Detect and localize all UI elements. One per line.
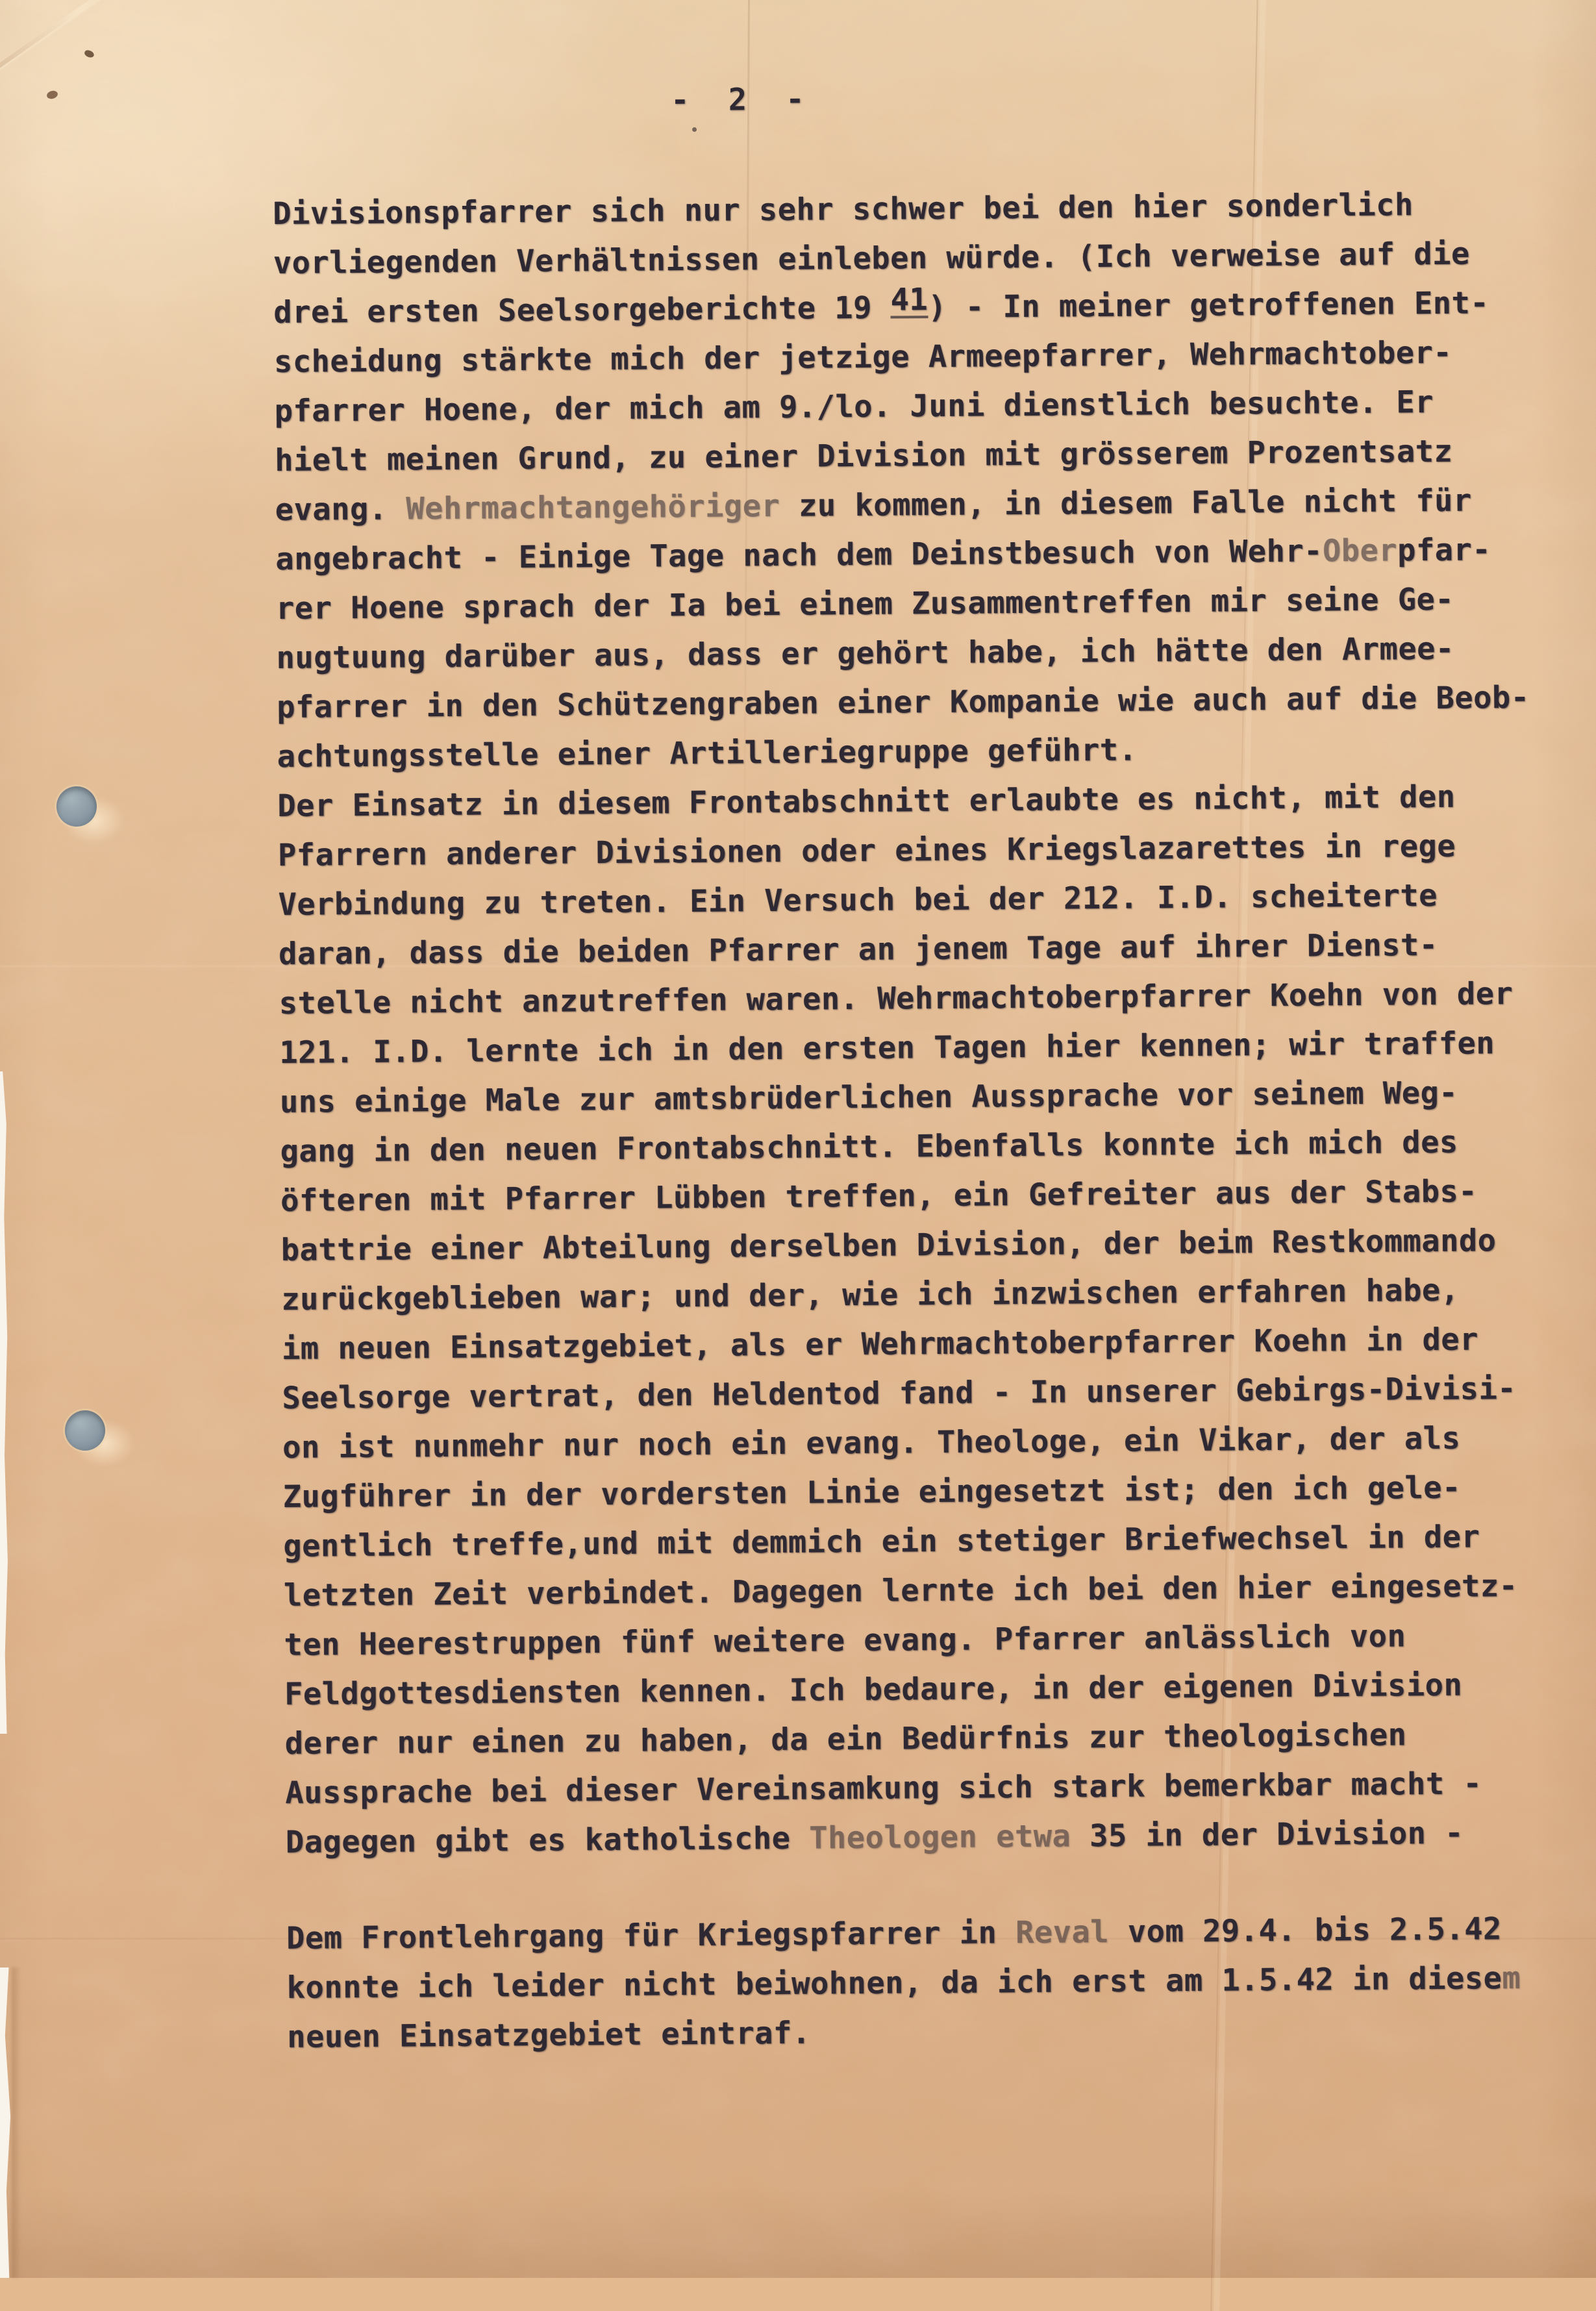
text-segment: uns einige Male zur amtsbrüderlichen Aus… <box>280 1075 1458 1120</box>
text-segment: zurückgeblieben war; und der, wie ich in… <box>281 1273 1460 1318</box>
text-segment: achtungsstelle einer Artilleriegruppe ge… <box>277 732 1138 775</box>
text-segment: 41 <box>890 284 928 318</box>
document-page: - 2 - Divisionspfarrer sich nur sehr sch… <box>0 0 1596 2278</box>
text-segment: vorliegenden Verhältnissen einleben würd… <box>273 236 1470 281</box>
page-number: - 2 - <box>639 81 847 119</box>
text-segment: on ist nunmehr nur noch ein evang. Theol… <box>282 1421 1461 1466</box>
text-line: konnte ich leider nicht beiwohnen, da ic… <box>286 1954 1521 2013</box>
text-segment: Seelsorge vertrat, den Heldentod fand - … <box>282 1371 1516 1416</box>
text-segment: 121. I.D. lernte ich in den ersten Tagen… <box>279 1025 1495 1071</box>
text-segment: Feldgottesdiensten kennen. Ich bedaure, … <box>284 1668 1463 1712</box>
text-segment: Ober <box>1323 532 1398 569</box>
paragraph-3: Dem Frontlehrgang für Kriegspfarrer in R… <box>286 1905 1521 2062</box>
text-segment: im neuen Einsatzgebiet, als er Wehrmacht… <box>282 1321 1478 1366</box>
text-segment: Reval <box>1016 1914 1109 1951</box>
text-segment: ) - In meiner getroffenen Ent- <box>928 285 1489 325</box>
text-segment: Dagegen gibt es katholische <box>286 1821 810 1860</box>
text-segment: öfteren mit Pfarrer Lübben treffen, ein … <box>281 1173 1477 1218</box>
text-segment: Verbindung zu treten. Ein Versuch bei de… <box>278 878 1438 923</box>
text-segment: rer Hoene sprach der Ia bei einem Zusamm… <box>276 582 1454 627</box>
text-segment: pfarrer Hoene, der mich am 9./lo. Juni d… <box>274 384 1434 429</box>
paragraph-2: Der Einsatz in diesem Frontabschnitt erl… <box>277 772 1520 1868</box>
text-segment: zu kommen, in diesem Falle nicht für <box>780 483 1472 524</box>
text-segment: konnte ich leider nicht beiwohnen, da ic… <box>286 1960 1502 2006</box>
text-segment: Divisionspfarrer sich nur sehr schwer be… <box>273 187 1414 232</box>
text-segment: battrie einer Abteilung derselben Divisi… <box>281 1223 1497 1268</box>
text-segment: pfarrer in den Schützengraben einer Komp… <box>277 680 1530 725</box>
paragraph-1: Divisionspfarrer sich nur sehr schwer be… <box>273 180 1530 782</box>
text-segment: Pfarrern anderer Divisionen oder eines K… <box>278 829 1456 873</box>
text-segment: stelle nicht anzutreffen waren. Wehrmach… <box>279 976 1514 1021</box>
text-segment: Der Einsatz in diesem Frontabschnitt erl… <box>277 779 1456 824</box>
text-segment: vom 29.4. bis 2.5.42 <box>1109 1911 1502 1950</box>
text-segment: gang in den neuen Frontabschnitt. Ebenfa… <box>280 1125 1458 1169</box>
text-line: neuen Einsatzgebiet eintraf. <box>287 2003 1521 2062</box>
text-segment: Aussprache bei dieser Vereinsamkung sich… <box>285 1766 1482 1810</box>
typewritten-text-layer: - 2 - Divisionspfarrer sich nur sehr sch… <box>0 0 1596 2278</box>
text-segment: angebracht - Einige Tage nach dem Deinst… <box>275 533 1323 577</box>
text-segment: hielt meinen Grund, zu einer Division mi… <box>275 434 1453 479</box>
text-segment: m <box>1502 1960 1521 1996</box>
text-segment: Theologen etwa <box>809 1818 1071 1856</box>
text-segment: scheidung stärkte mich der jetzige Armee… <box>274 335 1453 380</box>
text-line: pfarrer in den Schützengraben einer Komp… <box>277 673 1530 732</box>
text-segment: nugtuung darüber aus, dass er gehört hab… <box>276 631 1454 676</box>
text-segment: daran, dass die beiden Pfarrer an jenem … <box>279 927 1438 972</box>
text-segment: neuen Einsatzgebiet eintraf. <box>287 2016 811 2055</box>
text-segment: letzten Zeit verbindet. Dagegen lernte i… <box>284 1568 1518 1614</box>
text-segment: Dem Frontlehrgang für Kriegspfarrer in <box>286 1915 1016 1956</box>
text-segment: drei ersten Seelsorgeberichte 19 <box>273 290 891 331</box>
text-line: Dagegen gibt es katholische Theologen et… <box>286 1808 1520 1868</box>
text-segment: pfar- <box>1397 532 1491 568</box>
text-segment: 35 in der Division - <box>1071 1816 1464 1855</box>
text-segment: evang. <box>275 491 406 528</box>
text-segment: ten Heerestruppen fünf weitere evang. Pf… <box>284 1618 1406 1663</box>
text-segment: derer nur einen zu haben, da ein Bedürfn… <box>285 1717 1407 1762</box>
text-segment: gentlich treffe,und mit demmich ein stet… <box>283 1519 1480 1564</box>
text-segment: Wehrmachtangehöriger <box>406 488 780 527</box>
text-segment: Zugführer in der vordersten Linie einges… <box>283 1470 1462 1515</box>
